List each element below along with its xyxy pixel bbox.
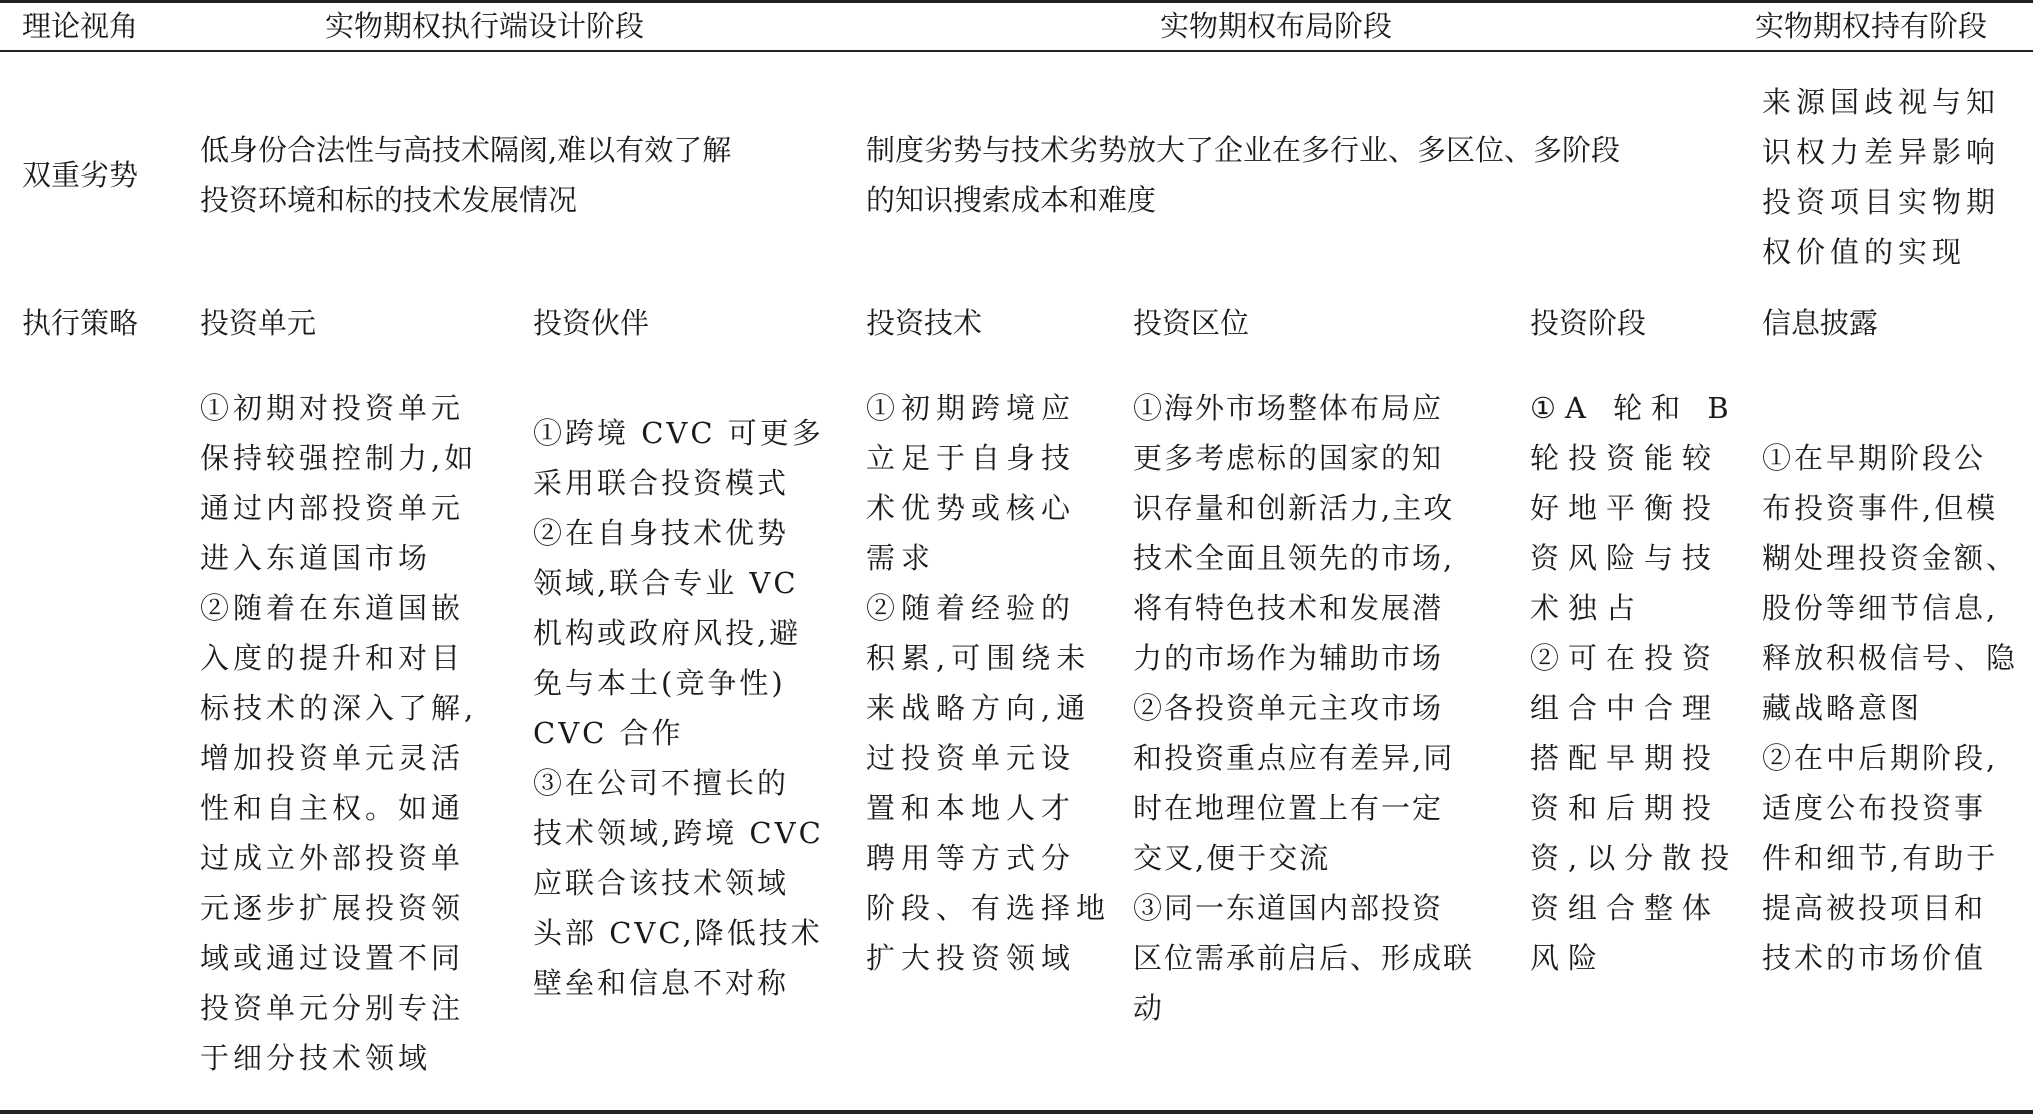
strategy-title-investment-location: 投资区位: [1133, 298, 1249, 348]
strategy-title-investment-unit: 投资单元: [200, 298, 316, 348]
strategy-body-investment-stage: ①A 轮和 B 轮投资能较 好地平衡投 资风险与技 术独占 ②可在投资 组合中合…: [1530, 383, 1738, 983]
strategy-body-investment-technology: ①初期跨境应 立足于自身技 术优势或核心 需求 ②随着经验的 积累,可围绕未 来…: [866, 383, 1111, 983]
strategy-body-investment-unit: ①初期对投资单元 保持较强控制力,如 通过内部投资单元 进入东道国市场 ②随着在…: [200, 383, 477, 1083]
header-layout-stage: 实物期权布局阶段: [1160, 2, 1392, 50]
strategy-body-information-disclosure: ①在早期阶段公 布投资事件,但模 糊处理投资金额、 股份等细节信息, 释放积极信…: [1762, 433, 2018, 983]
cell-dual-disadvantage-holding: 来源国歧视与知 识权力差异影响 投资项目实物期 权价值的实现: [1762, 77, 2000, 277]
header-theoretical-perspective: 理论视角: [22, 2, 138, 50]
cell-dual-disadvantage-layout: 制度劣势与技术劣势放大了企业在多行业、多区位、多阶段 的知识搜索成本和难度: [866, 125, 1620, 225]
header-rule: [0, 50, 2033, 52]
header-holding-stage: 实物期权持有阶段: [1755, 2, 1987, 50]
cell-dual-disadvantage-execution: 低身份合法性与高技术隔阂,难以有效了解 投资环境和标的技术发展情况: [200, 125, 731, 225]
strategy-title-investment-stage: 投资阶段: [1530, 298, 1646, 348]
strategy-title-investment-technology: 投资技术: [866, 298, 982, 348]
row-label-dual-disadvantage: 双重劣势: [22, 150, 138, 200]
table-top-rule: [0, 0, 2033, 3]
row-label-execution-strategy: 执行策略: [22, 298, 138, 348]
strategy-title-investment-partner: 投资伙伴: [533, 298, 649, 348]
header-execution-design-stage: 实物期权执行端设计阶段: [325, 2, 644, 50]
strategy-body-investment-location: ①海外市场整体布局应 更多考虑标的国家的知 识存量和创新活力,主攻 技术全面且领…: [1133, 383, 1474, 1033]
strategy-title-information-disclosure: 信息披露: [1762, 298, 1878, 348]
table-bottom-rule: [0, 1110, 2033, 1114]
strategy-body-investment-partner: ①跨境 CVC 可更多 采用联合投资模式 ②在自身技术优势 领域,联合专业 VC…: [533, 408, 824, 1008]
